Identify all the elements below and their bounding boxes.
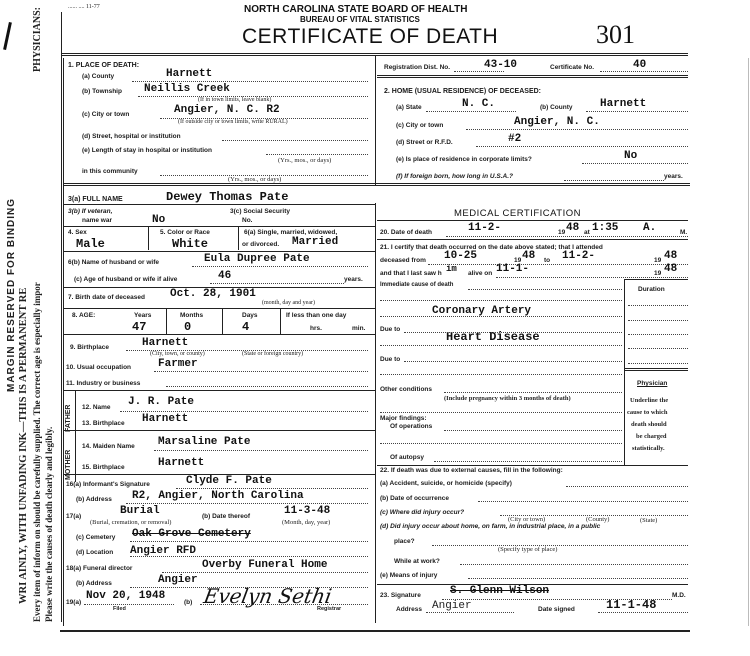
full-name-label: 3(a) FULL NAME bbox=[68, 196, 123, 203]
spouse-label: 6(b) Name of husband or wife bbox=[68, 259, 159, 266]
autopsy-field bbox=[434, 461, 622, 462]
veteran-value: No bbox=[152, 214, 165, 226]
industry-label: 11. Industry or business bbox=[66, 380, 140, 387]
community-note: (Yrs., mos., or days) bbox=[228, 176, 281, 183]
from-value: 10-25 bbox=[444, 250, 477, 262]
signature-label: 23. Signature bbox=[380, 592, 421, 599]
months-label: Months bbox=[180, 312, 203, 319]
community-label: in this community bbox=[82, 168, 138, 175]
operations-field bbox=[444, 430, 622, 431]
external-b-label: (b) Date of occurrence bbox=[380, 495, 449, 502]
veteran-label-2: name war bbox=[82, 217, 112, 224]
to-value: 11-2- bbox=[562, 250, 595, 262]
duration-label: Duration bbox=[638, 286, 665, 293]
marital-label-2: or divorced. bbox=[242, 241, 279, 248]
margin-every-item: Every item of inform on should be carefu… bbox=[32, 282, 42, 622]
to-label: to bbox=[544, 257, 550, 264]
form-code: ...... .... 11-77 bbox=[68, 4, 100, 10]
race-label: 5. Color or Race bbox=[160, 229, 210, 236]
birthplace-note-1: (City, town, or county) bbox=[150, 351, 205, 357]
father-name-value: J. R. Pate bbox=[128, 396, 194, 408]
street-label: (d) Street, hospital or institution bbox=[82, 133, 181, 140]
page-title: CERTIFICATE OF DEATH bbox=[242, 25, 498, 49]
physician-note-0: Underline the bbox=[630, 397, 668, 404]
filed-caption: Filed bbox=[113, 606, 126, 612]
mother-name-value: Marsaline Pate bbox=[158, 436, 250, 448]
county-label: (a) County bbox=[82, 73, 114, 80]
birthplace-label: 9. Birthplace bbox=[70, 344, 109, 351]
days-label: Days bbox=[242, 312, 258, 319]
agency-name: NORTH CAROLINA STATE BOARD OF HEALTH bbox=[244, 4, 468, 15]
less-day-label: If less than one day bbox=[286, 312, 346, 319]
alive-on-value: 11-1- bbox=[496, 263, 529, 275]
external-a-label: (a) Accident, suicide, or homicide (spec… bbox=[380, 480, 512, 487]
marital-label: 6(a) Single, married, widowed, bbox=[244, 229, 337, 236]
informant-address-label: (b) Address bbox=[76, 496, 112, 503]
due-to-label-1: Due to bbox=[380, 326, 400, 333]
external-e-label: (e) Means of injury bbox=[380, 572, 437, 579]
race-value: White bbox=[172, 237, 208, 251]
birthplace-note-2: (State or foreign country) bbox=[242, 351, 303, 357]
informant-value: Clyde F. Pate bbox=[186, 475, 272, 487]
margin-check-mark bbox=[3, 22, 12, 50]
street-field bbox=[222, 140, 368, 141]
res-street-label: (d) Street or R.F.D. bbox=[396, 139, 453, 146]
mother-birthplace-value: Harnett bbox=[158, 457, 204, 469]
age-label: 8. AGE: bbox=[72, 312, 95, 319]
city-note: (If outside city or town limits, write R… bbox=[178, 119, 288, 125]
signature-date-value: 11-1-48 bbox=[606, 598, 656, 612]
death-county-value: Harnett bbox=[166, 68, 212, 80]
physician-note-1: cause to which bbox=[627, 409, 667, 416]
father-name-label: 12. Name bbox=[82, 404, 111, 411]
dod-time: 1:35 bbox=[592, 222, 618, 234]
stay-note: (Yrs., mos., or days) bbox=[278, 157, 331, 164]
full-name-value: Dewey Thomas Pate bbox=[166, 190, 288, 204]
physician-note-2: death should bbox=[631, 421, 667, 428]
location-value: Angier RFD bbox=[130, 545, 196, 557]
director-label: 18(a) Funeral director bbox=[66, 565, 132, 572]
death-city-value: Angier, N. C. R2 bbox=[174, 104, 280, 116]
dod-year: 48 bbox=[566, 222, 579, 234]
from-year: 48 bbox=[522, 250, 535, 262]
external-c-label: (c) Where did injury occur? bbox=[380, 509, 464, 516]
form-left-border bbox=[61, 12, 62, 622]
physician-heading: Physician bbox=[637, 380, 667, 387]
to-year: 48 bbox=[664, 250, 677, 262]
industry-field bbox=[166, 386, 368, 387]
stay-field bbox=[266, 154, 368, 155]
spouse-age-label: (c) Age of husband or wife if alive bbox=[74, 276, 177, 283]
sex-label: 4. Sex bbox=[68, 229, 87, 236]
form-left-border-inner bbox=[63, 58, 64, 626]
res-foreign-unit: years. bbox=[664, 173, 683, 180]
to-year-prefix: 19 bbox=[654, 257, 661, 264]
external-c-note-3: (State) bbox=[640, 517, 657, 524]
certificate-no-value: 40 bbox=[633, 59, 646, 71]
age-months-value: 0 bbox=[184, 320, 191, 334]
spouse-value: Eula Dupree Pate bbox=[204, 253, 310, 265]
major-findings-label: Major findings: bbox=[380, 415, 427, 422]
res-state-label: (a) State bbox=[396, 104, 422, 111]
signature-address-value: Angier bbox=[432, 600, 472, 612]
birth-date-label: 7. Birth date of deceased bbox=[68, 294, 145, 301]
township-label: (b) Township bbox=[82, 88, 122, 95]
res-county-value: Harnett bbox=[600, 98, 646, 110]
cemetery-value: Oak Grove Cemetery bbox=[132, 528, 251, 540]
res-street-value: #2 bbox=[508, 133, 521, 145]
spouse-age-unit: years. bbox=[344, 276, 363, 283]
mother-birthplace-label: 15. Birthplace bbox=[82, 464, 125, 471]
due-to-label-2: Due to bbox=[380, 356, 400, 363]
mother-tag: MOTHER bbox=[65, 450, 72, 480]
birth-date-value: Oct. 28, 1901 bbox=[170, 288, 256, 300]
burial-value: Burial bbox=[120, 505, 160, 517]
dod-year-prefix: 19 bbox=[558, 229, 565, 236]
informant-label: 16(a) Informant's Signature bbox=[66, 481, 150, 488]
sex-value: Male bbox=[76, 237, 105, 251]
years-label: Years bbox=[134, 312, 151, 319]
bureau-name: BUREAU OF VITAL STATISTICS bbox=[300, 15, 420, 24]
min-label: min. bbox=[352, 325, 365, 332]
from-label: deceased from bbox=[380, 257, 426, 264]
stay-label: (e) Length of stay in hospital or instit… bbox=[82, 147, 212, 154]
dod-m-label: M. bbox=[680, 229, 687, 236]
age-days-value: 4 bbox=[242, 320, 249, 334]
margin-write-plainly: WRI AINLY, WITH UNFADING INK—THIS IS A P… bbox=[18, 288, 29, 604]
father-birthplace-label: 13. Birthplace bbox=[82, 420, 125, 427]
signature-address-label: Address bbox=[396, 606, 422, 613]
external-work-label: While at work? bbox=[394, 558, 440, 565]
burial-date-label: (b) Date thereof bbox=[202, 513, 250, 520]
director-value: Overby Funeral Home bbox=[202, 559, 327, 571]
registrar-label-num: (b) bbox=[184, 599, 192, 606]
res-corporate-label: (e) Is place of residence in corporate l… bbox=[396, 156, 532, 163]
section-rule bbox=[63, 183, 690, 186]
other-conditions-field bbox=[444, 392, 622, 393]
alive-year: 48 bbox=[664, 263, 677, 275]
alive-year-prefix: 19 bbox=[654, 270, 661, 277]
margin-physicians: PHYSICIANS: bbox=[32, 7, 43, 72]
birthplace-value: Harnett bbox=[142, 337, 188, 349]
res-state-value: N. C. bbox=[462, 98, 495, 110]
hrs-label: hrs. bbox=[310, 325, 322, 332]
res-county-label: (b) County bbox=[540, 104, 573, 111]
bottom-rule bbox=[60, 630, 690, 632]
burial-note: (Burial, cremation, or removal) bbox=[90, 519, 171, 526]
spouse-age-value: 46 bbox=[218, 270, 231, 282]
director-address-label: (b) Address bbox=[76, 580, 112, 587]
dod-at-label: at bbox=[584, 229, 590, 236]
autopsy-label: Of autopsy bbox=[390, 454, 424, 461]
physician-note-4: statistically. bbox=[632, 445, 665, 452]
other-conditions-note: (Include pregnancy within 3 months of de… bbox=[444, 395, 571, 402]
birth-date-note: (month, day and year) bbox=[262, 300, 315, 306]
death-township-value: Neillis Creek bbox=[144, 83, 230, 95]
registration-dist-value: 43-10 bbox=[484, 59, 517, 71]
due-to-2-field bbox=[404, 361, 622, 362]
external-c-note-1: (City or town) bbox=[508, 516, 545, 523]
external-d-label-2: place? bbox=[394, 538, 415, 545]
ssn-label-2: No. bbox=[242, 217, 252, 224]
ssn-label: 3(c) Social Security bbox=[230, 208, 290, 215]
res-corporate-value: No bbox=[624, 150, 637, 162]
father-birthplace-value: Harnett bbox=[142, 413, 188, 425]
res-foreign-label: (f) If foreign born, how long in U.S.A.? bbox=[396, 173, 513, 180]
margin-please-write: Please write the causes of death clearly… bbox=[44, 427, 54, 622]
informant-address-value: R2, Angier, North Carolina bbox=[132, 490, 304, 502]
certificate-no-label: Certificate No. bbox=[550, 64, 594, 71]
age-years-value: 47 bbox=[132, 320, 146, 334]
occupation-value: Farmer bbox=[158, 358, 198, 370]
signature-md: M.D. bbox=[672, 592, 686, 599]
burial-label: 17(a) bbox=[66, 513, 81, 520]
res-city-value: Angier, N. C. bbox=[514, 116, 600, 128]
burial-date-note: (Month, day, year) bbox=[282, 519, 330, 526]
dod-label: 20. Date of death bbox=[380, 229, 432, 236]
signature-name-value: S. Glenn Wilson bbox=[450, 585, 549, 597]
operations-label: Of operations bbox=[390, 423, 432, 430]
medical-heading: MEDICAL CERTIFICATION bbox=[454, 208, 581, 219]
column-divider bbox=[375, 55, 376, 185]
burial-date-value: 11-3-48 bbox=[284, 505, 330, 517]
marital-value: Married bbox=[292, 236, 338, 248]
external-d-note: (Specify type of place) bbox=[498, 546, 557, 553]
father-tag: FATHER bbox=[65, 405, 72, 432]
dod-value: 11-2- bbox=[468, 222, 501, 234]
column-divider-lower bbox=[375, 203, 376, 623]
residence-heading: 2. HOME (USUAL RESIDENCE) OF DECEASED: bbox=[384, 88, 541, 95]
external-d-label: (d) Did injury occur about home, on farm… bbox=[380, 523, 600, 530]
other-conditions-label: Other conditions bbox=[380, 386, 432, 393]
place-of-death-heading: 1. PLACE OF DEATH: bbox=[68, 62, 139, 69]
registration-dist-label: Registration Dist. No. bbox=[384, 64, 450, 71]
res-city-label: (c) City or town bbox=[396, 122, 443, 129]
physician-note-3: be charged bbox=[636, 433, 667, 440]
lastsaw-value: im bbox=[446, 264, 457, 274]
location-label: (d) Location bbox=[76, 549, 113, 556]
alive-label: alive on bbox=[468, 270, 492, 277]
immediate-label: Immediate cause of death bbox=[380, 282, 453, 288]
lastsaw-label: and that I last saw h bbox=[380, 270, 442, 277]
external-c-note-2: (County) bbox=[586, 516, 609, 523]
registrar-caption: Registrar bbox=[317, 606, 341, 612]
cemetery-label: (c) Cemetery bbox=[76, 534, 115, 541]
veteran-label: 3(b) If veteran, bbox=[68, 208, 112, 215]
township-note: (If in town limits, leave blank) bbox=[198, 97, 271, 103]
dod-ampm: A. bbox=[643, 222, 656, 234]
mother-name-label: 14. Maiden Name bbox=[82, 443, 135, 450]
director-address-value: Angier bbox=[158, 574, 198, 586]
certificate-number: 301 bbox=[596, 20, 635, 50]
external-heading: 22. If death was due to external causes,… bbox=[380, 467, 563, 474]
occupation-label: 10. Usual occupation bbox=[66, 364, 131, 371]
filed-date-value: Nov 20, 1948 bbox=[86, 590, 165, 602]
filed-label-num: 19(a) bbox=[66, 599, 81, 606]
signature-date-label: Date signed bbox=[538, 606, 575, 613]
city-label: (c) City or town bbox=[82, 111, 129, 118]
form-right-border bbox=[748, 58, 749, 626]
margin-reserved: MARGIN RESERVED FOR BINDING bbox=[6, 198, 17, 392]
